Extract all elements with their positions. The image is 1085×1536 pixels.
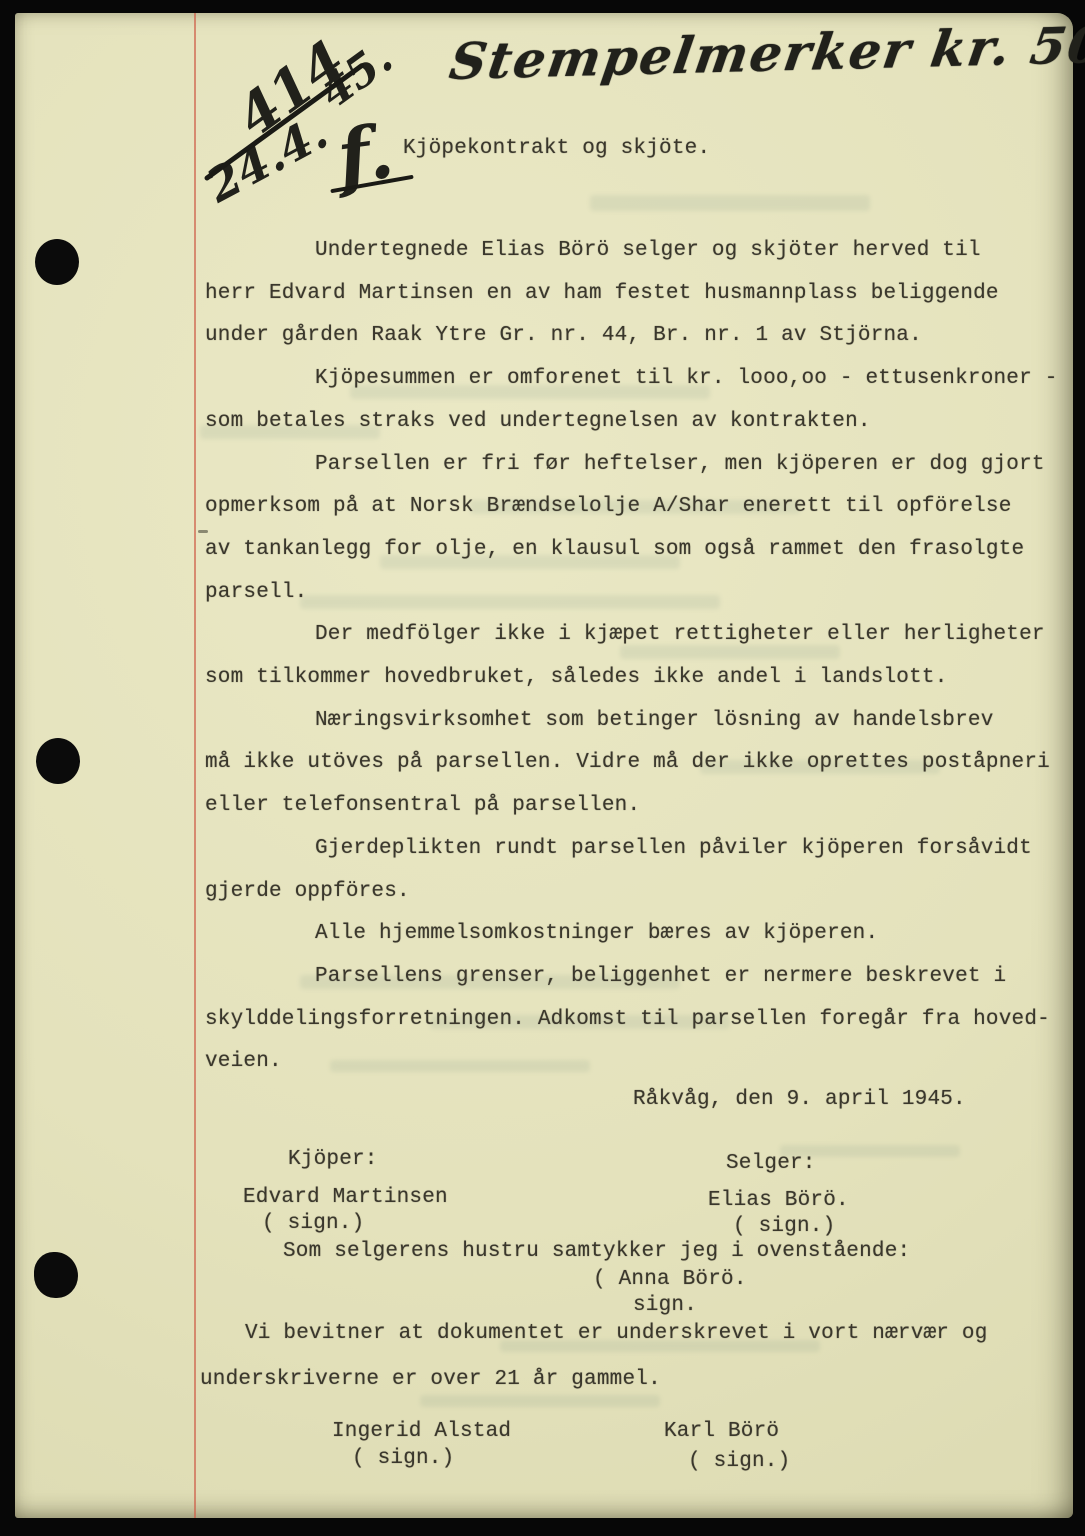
spouse-signature-note: sign. xyxy=(633,1294,697,1317)
body-line: Der medfölger ikke i kjæpet rettigheter … xyxy=(205,614,1057,657)
buyer-signature-note: ( sign.) xyxy=(262,1212,364,1235)
body-line: Næringsvirksomhet som betinger lösning a… xyxy=(205,700,1057,743)
witness1-name: Ingerid Alstad xyxy=(332,1420,511,1443)
document-title: Kjöpekontrakt og skjöte. xyxy=(403,137,710,160)
body-line: veien. xyxy=(205,1041,1057,1084)
body-line: som betales straks ved undertegnelsen av… xyxy=(205,401,1057,444)
spouse-name: ( Anna Börö. xyxy=(593,1268,747,1291)
witness2-name: Karl Börö xyxy=(664,1420,779,1443)
scan-frame: Stempelmerker kr. 50,00. 414 45. 24.4. f… xyxy=(0,0,1085,1536)
body-line: gjerde oppföres. xyxy=(205,871,1057,914)
hole-punch xyxy=(36,738,80,784)
body-line: under gården Raak Ytre Gr. nr. 44, Br. n… xyxy=(205,315,1057,358)
witness-statement-line1: Vi bevitner at dokumentet er underskreve… xyxy=(245,1322,988,1345)
bleedthrough-smudge xyxy=(590,195,870,211)
body-line: skylddelingsforretningen. Adkomst til pa… xyxy=(205,999,1057,1042)
seller-signature-note: ( sign.) xyxy=(733,1215,835,1238)
body-line: Undertegnede Elias Börö selger og skjöte… xyxy=(205,230,1057,273)
red-margin-line xyxy=(194,13,196,1518)
hole-punch xyxy=(35,239,79,285)
witness1-signature-note: ( sign.) xyxy=(352,1447,454,1470)
body-line: opmerksom på at Norsk Brændselolje A/Sha… xyxy=(205,486,1057,529)
spouse-consent-line: Som selgerens hustru samtykker jeg i ove… xyxy=(283,1240,910,1263)
body-line: Gjerdeplikten rundt parsellen påviler kj… xyxy=(205,828,1057,871)
body-line: må ikke utöves på parsellen. Vidre må de… xyxy=(205,742,1057,785)
body-line: Parsellen er fri før heftelser, men kjöp… xyxy=(205,444,1057,487)
seller-label: Selger: xyxy=(726,1152,816,1175)
dateline: Råkvåg, den 9. april 1945. xyxy=(633,1088,966,1111)
buyer-name: Edvard Martinsen xyxy=(243,1186,448,1209)
body-line: som tilkommer hovedbruket, således ikke … xyxy=(205,657,1057,700)
witness-statement-line2: underskriverne er over 21 år gammel. xyxy=(200,1368,661,1391)
bleedthrough-smudge xyxy=(420,1395,660,1407)
body-lines: Undertegnede Elias Börö selger og skjöte… xyxy=(205,230,1057,1084)
body-line: eller telefonsentral på parsellen. xyxy=(205,785,1057,828)
body-line: Kjöpesummen er omforenet til kr. looo,oo… xyxy=(205,358,1057,401)
body-line: av tankanlegg for olje, en klausul som o… xyxy=(205,529,1057,572)
body-line: Parsellens grenser, beliggenhet er nerme… xyxy=(205,956,1057,999)
witness2-signature-note: ( sign.) xyxy=(688,1450,790,1473)
body-line: parsell. xyxy=(205,572,1057,615)
hole-punch xyxy=(34,1252,78,1298)
body-line: herr Edvard Martinsen en av ham festet h… xyxy=(205,273,1057,316)
buyer-label: Kjöper: xyxy=(288,1148,378,1171)
seller-name: Elias Börö. xyxy=(708,1189,849,1212)
body-line: Alle hjemmelsomkostninger bæres av kjöpe… xyxy=(205,913,1057,956)
